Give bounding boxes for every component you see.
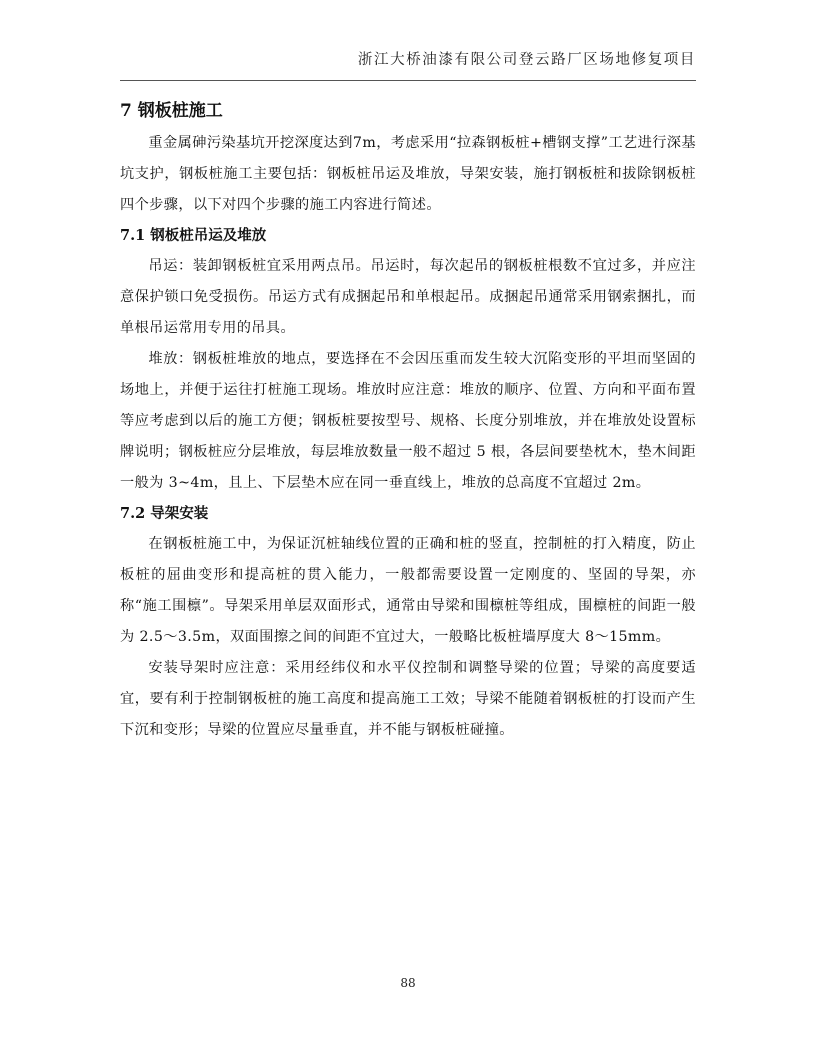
paragraph-lifting: 吊运：装卸钢板桩宜采用两点吊。吊运时，每次起吊的钢板桩根数不宜过多，并应注意保护… <box>120 251 696 344</box>
header-divider <box>120 80 696 81</box>
paragraph-guide-frame: 在钢板桩施工中，为保证沉桩轴线位置的正确和桩的竖直，控制桩的打入精度，防止板桩的… <box>120 529 696 653</box>
subsection-heading-7-2: 7.2 导架安装 <box>120 499 696 529</box>
page-number: 88 <box>0 976 816 990</box>
paragraph-stacking: 堆放：钢板桩堆放的地点，要选择在不会因压重而发生较大沉陷变形的平坦而坚固的场地上… <box>120 344 696 499</box>
page-body: 7 钢板桩施工 重金属砷污染基坑开挖深度达到7m，考虑采用“拉森钢板桩+槽钢支撑… <box>120 94 696 746</box>
paragraph-guide-frame-notes: 安装导架时应注意：采用经纬仪和水平仪控制和调整导梁的位置；导梁的高度要适宜，要有… <box>120 653 696 746</box>
section-intro-paragraph: 重金属砷污染基坑开挖深度达到7m，考虑采用“拉森钢板桩+槽钢支撑”工艺进行深基坑… <box>120 128 696 221</box>
subsection-heading-7-1: 7.1 钢板桩吊运及堆放 <box>120 221 696 251</box>
section-heading: 7 钢板桩施工 <box>120 94 696 128</box>
running-header-title: 浙江大桥油漆有限公司登云路厂区场地修复项目 <box>358 48 696 69</box>
